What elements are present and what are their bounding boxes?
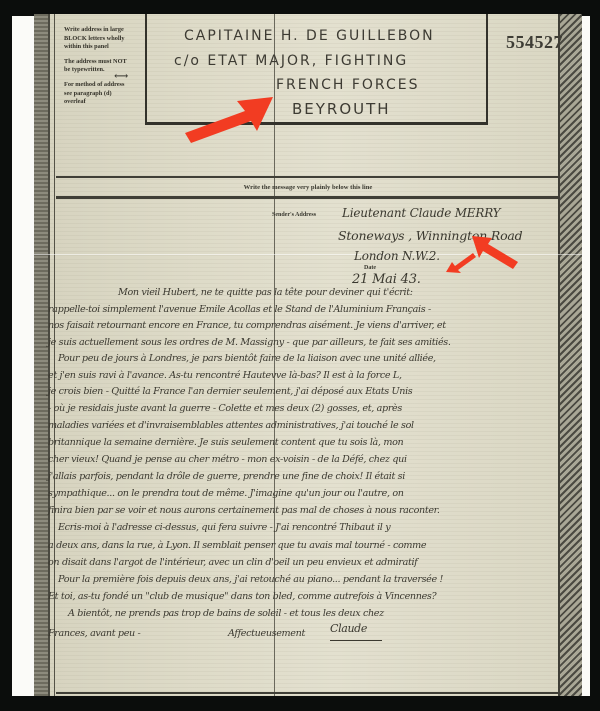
letter-date: 21 Mai 43. (352, 272, 421, 287)
recipient-line-2: c/o ETAT MAJOR, FIGHTING (174, 53, 408, 69)
letter-line: a deux ans, dans la rue, à Lyon. Il semb… (48, 540, 426, 551)
serial-number: 554527 (506, 32, 563, 53)
scan-background-bottom (0, 696, 600, 711)
letter-signature: Claude (330, 622, 367, 635)
date-label: Date (364, 265, 376, 271)
letter-line: finira bien par se voir et nous aurons c… (48, 505, 440, 516)
letter-line: Pour la première fois depuis deux ans, j… (58, 574, 443, 585)
letter-line: sympathique... on le prendra tout de mêm… (48, 488, 404, 499)
instruction-see-paragraph: For method of address see paragraph (d) … (64, 81, 134, 107)
double-arrow-icon: ⟷ (114, 71, 128, 82)
right-hatched-border (558, 14, 582, 696)
letter-line: Ecris-moi à l'adresse ci-dessus, qui fer… (58, 522, 390, 533)
letter-line: Et toi, as-tu fondé un "club de musique"… (48, 591, 436, 602)
sender-line-3: London N.W.2. (354, 249, 440, 263)
letter-line: nos faisait retournant encore en France,… (48, 320, 446, 331)
letter-line: rappelle-toi simplement l'avenue Emile A… (48, 304, 431, 315)
message-area-top-rule (56, 196, 558, 199)
address-instructions: Write address in large BLOCK letters who… (64, 26, 134, 113)
letter-closing: Affectueusement (228, 628, 305, 639)
letter-line: britannique la semaine dernière. Je suis… (48, 437, 403, 448)
letter-line: - où je residais juste avant la guerre -… (48, 403, 402, 414)
letter-line: cher vieux! Quand je pense au cher métro… (48, 454, 407, 465)
letter-line: maladies variées et d'invraisemblables a… (48, 420, 414, 431)
red-arrow-icon-recipient (185, 93, 275, 143)
write-instruction-label: Write the message very plainly below thi… (34, 184, 582, 191)
letter-line: Frances, avant peu - (48, 628, 140, 639)
recipient-line-4: BEYROUTH (292, 100, 391, 118)
senders-address-label: Sender's Address (272, 212, 316, 218)
recipient-line-1: CAPITAINE H. DE GUILLEBON (184, 28, 435, 44)
red-arrow-icon-date (446, 252, 476, 274)
letter-line: on disait dans l'argot de l'intérieur, a… (48, 557, 417, 568)
letter-line: je suis actuellement sous les ordres de … (48, 337, 451, 348)
sender-line-1: Lieutenant Claude MERRY (342, 206, 500, 220)
instruction-block-letters: Write address in large BLOCK letters who… (64, 26, 134, 52)
recipient-line-3: FRENCH FORCES (276, 77, 419, 93)
signature-underline (330, 640, 382, 641)
letter-line: A bientôt, ne prends pas trop de bains d… (68, 608, 384, 619)
letter-line: j'allais parfois, pendant la drôle de gu… (48, 471, 405, 482)
letter-line: Pour peu de jours à Londres, je pars bie… (58, 353, 436, 364)
letter-line: je crois bien - Quitté la France l'an de… (48, 386, 412, 397)
upper-form-rule (56, 176, 558, 178)
message-area-bottom-rule (56, 692, 558, 694)
letter-line: Mon vieil Hubert, ne te quitte pas la tê… (118, 287, 413, 298)
red-arrow-icon-sender-address (472, 234, 518, 270)
letter-line: et j'en suis ravi à l'avance. As-tu renc… (48, 370, 402, 381)
